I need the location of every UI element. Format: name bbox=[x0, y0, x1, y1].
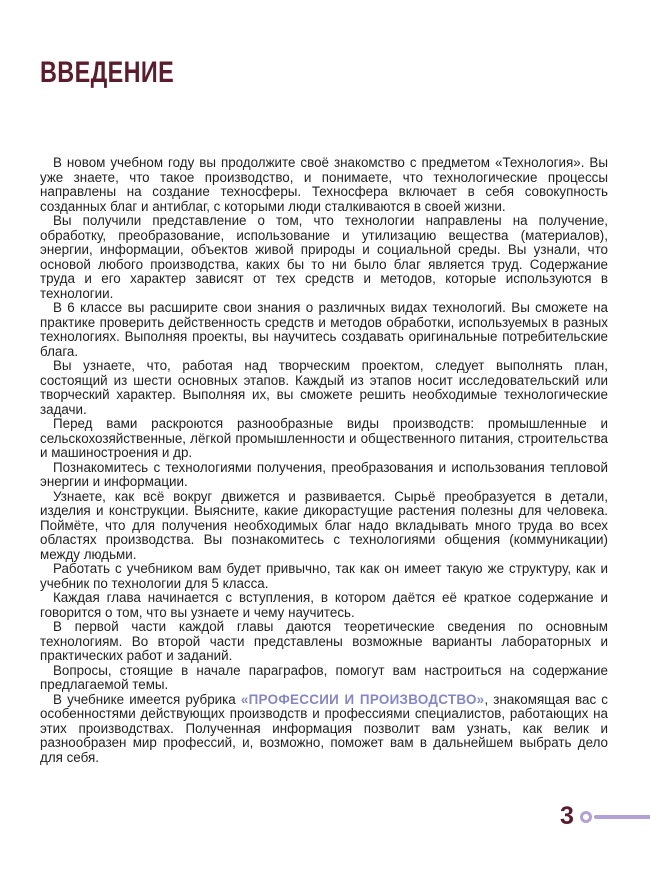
paragraph: В новом учебном году вы продолжите своё … bbox=[40, 156, 608, 214]
footer-rule-decoration bbox=[594, 815, 650, 819]
paragraph: В 6 классе вы расширите свои знания о ра… bbox=[40, 301, 608, 359]
paragraph: Перед вами раскроются разнообразные виды… bbox=[40, 417, 608, 461]
paragraph-with-rubric: В учебнике имеется рубрика «ПРОФЕССИИ И … bbox=[40, 693, 608, 766]
paragraph: Познакомитесь с технологиями получения, … bbox=[40, 461, 608, 490]
page-footer: 3 bbox=[560, 804, 650, 829]
paragraph: Каждая глава начинается с вступления, в … bbox=[40, 591, 608, 620]
paragraph: Узнаете, как всё вокруг движется и разви… bbox=[40, 490, 608, 563]
rubric-text-before: В учебнике имеется рубрика bbox=[53, 692, 241, 707]
body-text-block: В новом учебном году вы продолжите своё … bbox=[40, 156, 608, 765]
rubric-professions-and-production-label: «ПРОФЕССИИ И ПРОИЗВОДСТВО» bbox=[241, 692, 485, 707]
paragraph: Вы узнаете, что, работая над творческим … bbox=[40, 359, 608, 417]
paragraph: В первой части каждой главы даются теоре… bbox=[40, 620, 608, 664]
page-number: 3 bbox=[560, 804, 574, 829]
paragraph: Вопросы, стоящие в начале параграфов, по… bbox=[40, 664, 608, 693]
paragraph: Вы получили представление о том, что тех… bbox=[40, 214, 608, 301]
page-title: ВВЕДЕНИЕ bbox=[40, 56, 174, 90]
footer-ring-icon bbox=[580, 811, 592, 823]
textbook-page: ВВЕДЕНИЕ В новом учебном году вы продолж… bbox=[0, 0, 650, 869]
paragraph: Работать с учебником вам будет привычно,… bbox=[40, 562, 608, 591]
